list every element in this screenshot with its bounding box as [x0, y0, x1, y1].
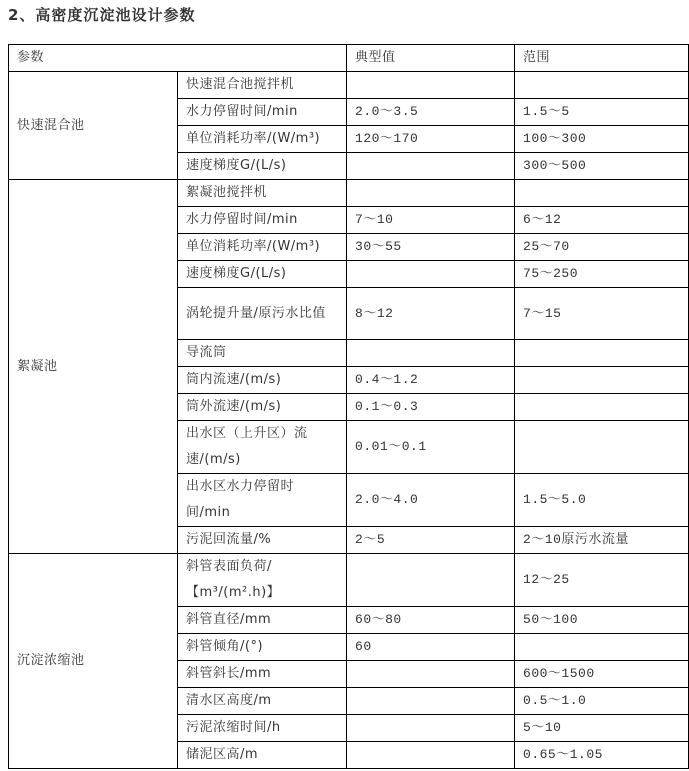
- typical-cell: 0.4～1.2: [347, 367, 515, 394]
- param-cell: 污泥回流量/%: [178, 527, 347, 554]
- range-cell: 600～1500: [515, 661, 689, 688]
- typical-cell: [347, 688, 515, 715]
- section-title: 2、高密度沉淀池设计参数: [8, 4, 195, 25]
- header-row: 参数 典型值 范围: [9, 45, 689, 72]
- range-cell: 2～10原污水流量: [515, 527, 689, 554]
- table-row: 絮凝池 絮凝池搅拌机: [9, 180, 689, 207]
- group-label: 快速混合池: [9, 72, 178, 180]
- typical-cell: 0.1～0.3: [347, 394, 515, 421]
- group-label: 沉淀浓缩池: [9, 554, 178, 769]
- param-cell: 速度梯度G/(L/s): [178, 153, 347, 180]
- param-cell: 储泥区高/m: [178, 742, 347, 769]
- typical-cell: [347, 340, 515, 367]
- typical-cell: [347, 742, 515, 769]
- header-param: 参数: [9, 45, 347, 72]
- param-cell: 斜管直径/mm: [178, 607, 347, 634]
- typical-cell: 60: [347, 634, 515, 661]
- range-cell: 7～15: [515, 288, 689, 340]
- typical-cell: 30～55: [347, 234, 515, 261]
- table-row: 沉淀浓缩池 斜管表面负荷/【m³/(m².h)】 12～25: [9, 554, 689, 607]
- typical-cell: 2.0～4.0: [347, 474, 515, 527]
- param-cell: 斜管斜长/mm: [178, 661, 347, 688]
- header-range: 范围: [515, 45, 689, 72]
- param-cell: 斜管倾角/(°): [178, 634, 347, 661]
- range-cell: 0.5～1.0: [515, 688, 689, 715]
- design-parameters-table: 参数 典型值 范围 快速混合池 快速混合池搅拌机 水力停留时间/min 2.0～…: [8, 44, 689, 769]
- param-cell: 出水区（上升区）流速/(m/s): [178, 421, 347, 474]
- range-cell: 50～100: [515, 607, 689, 634]
- param-cell: 水力停留时间/min: [178, 207, 347, 234]
- range-cell: 12～25: [515, 554, 689, 607]
- range-cell: 300～500: [515, 153, 689, 180]
- param-cell: 单位消耗功率/(W/m³): [178, 234, 347, 261]
- typical-cell: 2～5: [347, 527, 515, 554]
- range-cell: [515, 367, 689, 394]
- range-cell: [515, 340, 689, 367]
- param-cell: 污泥浓缩时间/h: [178, 715, 347, 742]
- param-cell: 筒内流速/(m/s): [178, 367, 347, 394]
- range-cell: 6～12: [515, 207, 689, 234]
- typical-cell: 8～12: [347, 288, 515, 340]
- range-cell: [515, 180, 689, 207]
- range-cell: 25～70: [515, 234, 689, 261]
- group-label: 絮凝池: [9, 180, 178, 554]
- typical-cell: [347, 180, 515, 207]
- param-cell: 涡轮提升量/原污水比值: [178, 288, 347, 340]
- range-cell: [515, 421, 689, 474]
- typical-cell: 60～80: [347, 607, 515, 634]
- range-cell: 1.5～5: [515, 99, 689, 126]
- param-cell: 导流筒: [178, 340, 347, 367]
- typical-cell: [347, 261, 515, 288]
- typical-cell: 0.01～0.1: [347, 421, 515, 474]
- range-cell: 75～250: [515, 261, 689, 288]
- typical-cell: [347, 661, 515, 688]
- param-cell: 斜管表面负荷/【m³/(m².h)】: [178, 554, 347, 607]
- typical-cell: 120～170: [347, 126, 515, 153]
- param-cell: 筒外流速/(m/s): [178, 394, 347, 421]
- typical-cell: [347, 715, 515, 742]
- param-cell: 出水区水力停留时间/min: [178, 474, 347, 527]
- typical-cell: [347, 153, 515, 180]
- range-cell: 5～10: [515, 715, 689, 742]
- range-cell: [515, 72, 689, 99]
- typical-cell: [347, 72, 515, 99]
- param-cell: 清水区高度/m: [178, 688, 347, 715]
- param-cell: 快速混合池搅拌机: [178, 72, 347, 99]
- table-row: 快速混合池 快速混合池搅拌机: [9, 72, 689, 99]
- param-cell: 单位消耗功率/(W/m³): [178, 126, 347, 153]
- typical-cell: [347, 554, 515, 607]
- typical-cell: 2.0～3.5: [347, 99, 515, 126]
- param-cell: 速度梯度G/(L/s): [178, 261, 347, 288]
- typical-cell: 7～10: [347, 207, 515, 234]
- param-cell: 絮凝池搅拌机: [178, 180, 347, 207]
- range-cell: [515, 394, 689, 421]
- param-cell: 水力停留时间/min: [178, 99, 347, 126]
- range-cell: 0.65～1.05: [515, 742, 689, 769]
- header-typical: 典型值: [347, 45, 515, 72]
- range-cell: 1.5～5.0: [515, 474, 689, 527]
- range-cell: 100～300: [515, 126, 689, 153]
- range-cell: [515, 634, 689, 661]
